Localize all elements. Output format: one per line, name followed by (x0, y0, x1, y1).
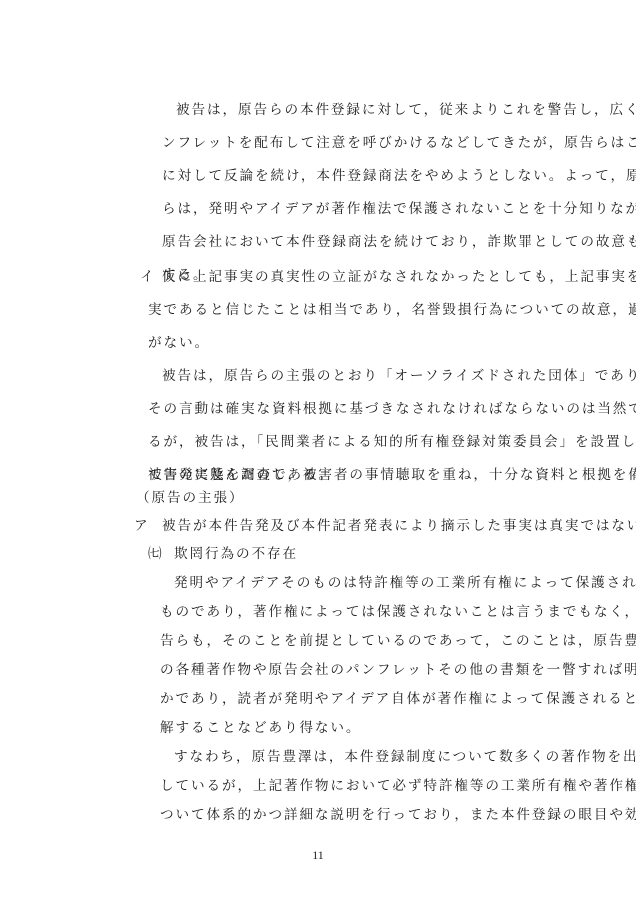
subsection-heading: 欺罔行為の不存在 (174, 545, 298, 563)
text-line: 被告は，原告らの本件登録に対して，従来よりこれを警告し，広くパ (176, 101, 636, 119)
text-line: 仮に上記事実の真実性の立証がなされなかったとしても，上記事実を真 (162, 268, 636, 286)
section-heading: （原告の主張） (136, 489, 244, 507)
text-line: て告発に及んだのである。 (148, 466, 334, 484)
text-line: その言動は確実な資料根拠に基づきなされなければならないのは当然であ (148, 400, 636, 418)
text-line: 原告会社において本件登録商法を続けており，詐欺罪としての故意も存 (162, 233, 636, 251)
text-line: ついて体系的かつ詳細な説明を行っており，また本件登録の眼目や効果 (160, 806, 636, 824)
text-line: がない。 (148, 334, 210, 352)
text-line: すなわち，原告豊澤は，本件登録制度について数多くの著作物を出版 (174, 748, 636, 766)
text-line: らは，発明やアイデアが著作権法で保護されないことを十分知りながら， (162, 200, 636, 218)
text-line: かであり，読者が発明やアイデア自体が著作権によって保護されると誤 (160, 690, 636, 708)
text-line: 解することなどあり得ない。 (160, 719, 361, 737)
list-marker-i: イ (140, 268, 154, 286)
text-line: しているが，上記著作物において必ず特許権等の工業所有権や著作権に (160, 777, 636, 795)
text-line: 被告が本件告発及び本件記者発表により摘示した事実は真実ではない。 (162, 517, 636, 535)
text-line: 告らも，そのことを前提としているのであって，このことは，原告豊澤 (160, 632, 636, 650)
text-line: 実であると信じたことは相当であり，名誉毀損行為についての故意，過失 (148, 301, 636, 319)
page-number: 11 (300, 848, 336, 863)
text-line: ンフレットを配布して注意を呼びかけるなどしてきたが，原告らはこれ (162, 134, 636, 152)
text-line: に対して反論を続け，本件登録商法をやめようとしない。よって，原告 (162, 167, 636, 185)
text-line: ものであり，著作権によっては保護されないことは言うまでもなく，原 (160, 603, 636, 621)
text-line: 発明やアイデアそのものは特許権等の工業所有権によって保護される (174, 574, 636, 592)
list-marker-a1: ㈦ (148, 545, 162, 563)
text-line: るが，被告は，「民間業者による知的所有権登録対策委員会」を設置して (148, 433, 636, 451)
document-page: 被告は，原告らの本件登録に対して，従来よりこれを警告し，広くパ ンフレットを配布… (0, 0, 636, 900)
text-line: の各種著作物や原告会社のパンフレットその他の書類を一瞥すれば明ら (160, 661, 636, 679)
text-line: 被告は，原告らの主張のとおり「オーソライズドされた団体」であり， (162, 367, 636, 385)
list-marker-a: ア (134, 517, 148, 535)
